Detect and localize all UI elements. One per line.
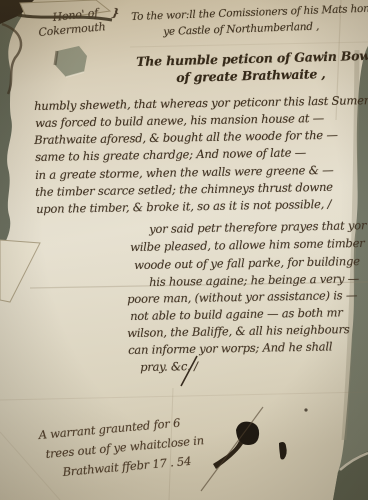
body-line: was forced to build anewe, his mansion h… xyxy=(35,111,324,130)
marginalia-bracket: } xyxy=(111,6,120,20)
petition-title-line-1: The humble peticon of Gawin Bowe , xyxy=(136,47,368,69)
prayer-line: yor said petr therefore prayes that yor … xyxy=(149,218,368,236)
prayer-line: pray. &c. / xyxy=(140,359,198,374)
prayer-line: his house againe; he beinge a very — xyxy=(149,271,359,289)
body-line: upon the timber, & broke it, so as it is… xyxy=(36,197,331,216)
marginalia-line: Cokermouth xyxy=(38,20,106,39)
body-line: the timber scarce setled; the chimneys t… xyxy=(35,180,333,199)
prayer-line: can informe yor worps; And he shall xyxy=(128,339,332,357)
prayer-line: woode out of ye fall parke, for building… xyxy=(134,254,360,272)
prayer-line: wilson, the Baliffe, & all his neighbour… xyxy=(127,322,350,340)
body-line: in a greate storme, when the walls were … xyxy=(35,163,334,182)
address-line-2: ye Castle of Northumberland , xyxy=(163,21,319,38)
prayer-line: wilbe pleased, to allowe him some timber xyxy=(130,236,365,254)
address-line-1: To the wor:ll the Comissioners of his Ma… xyxy=(131,2,368,23)
body-line: Brathwaite aforesd, & bought all the woo… xyxy=(34,128,338,147)
body-line: same to his greate chardge; And nowe of … xyxy=(35,145,306,164)
manuscript-photo: Hono' of Cokermouth } To the wor:ll the … xyxy=(0,0,368,500)
body-line: humbly sheweth, that whereas yor peticon… xyxy=(34,93,368,113)
handwriting-layer: Hono' of Cokermouth } To the wor:ll the … xyxy=(0,0,368,500)
prayer-line: poore man, (without yor assistance) is — xyxy=(127,288,357,306)
prayer-line: not able to build againe — as both mr xyxy=(130,305,343,323)
petition-title-line-2: of greate Brathwaite , xyxy=(176,66,326,85)
